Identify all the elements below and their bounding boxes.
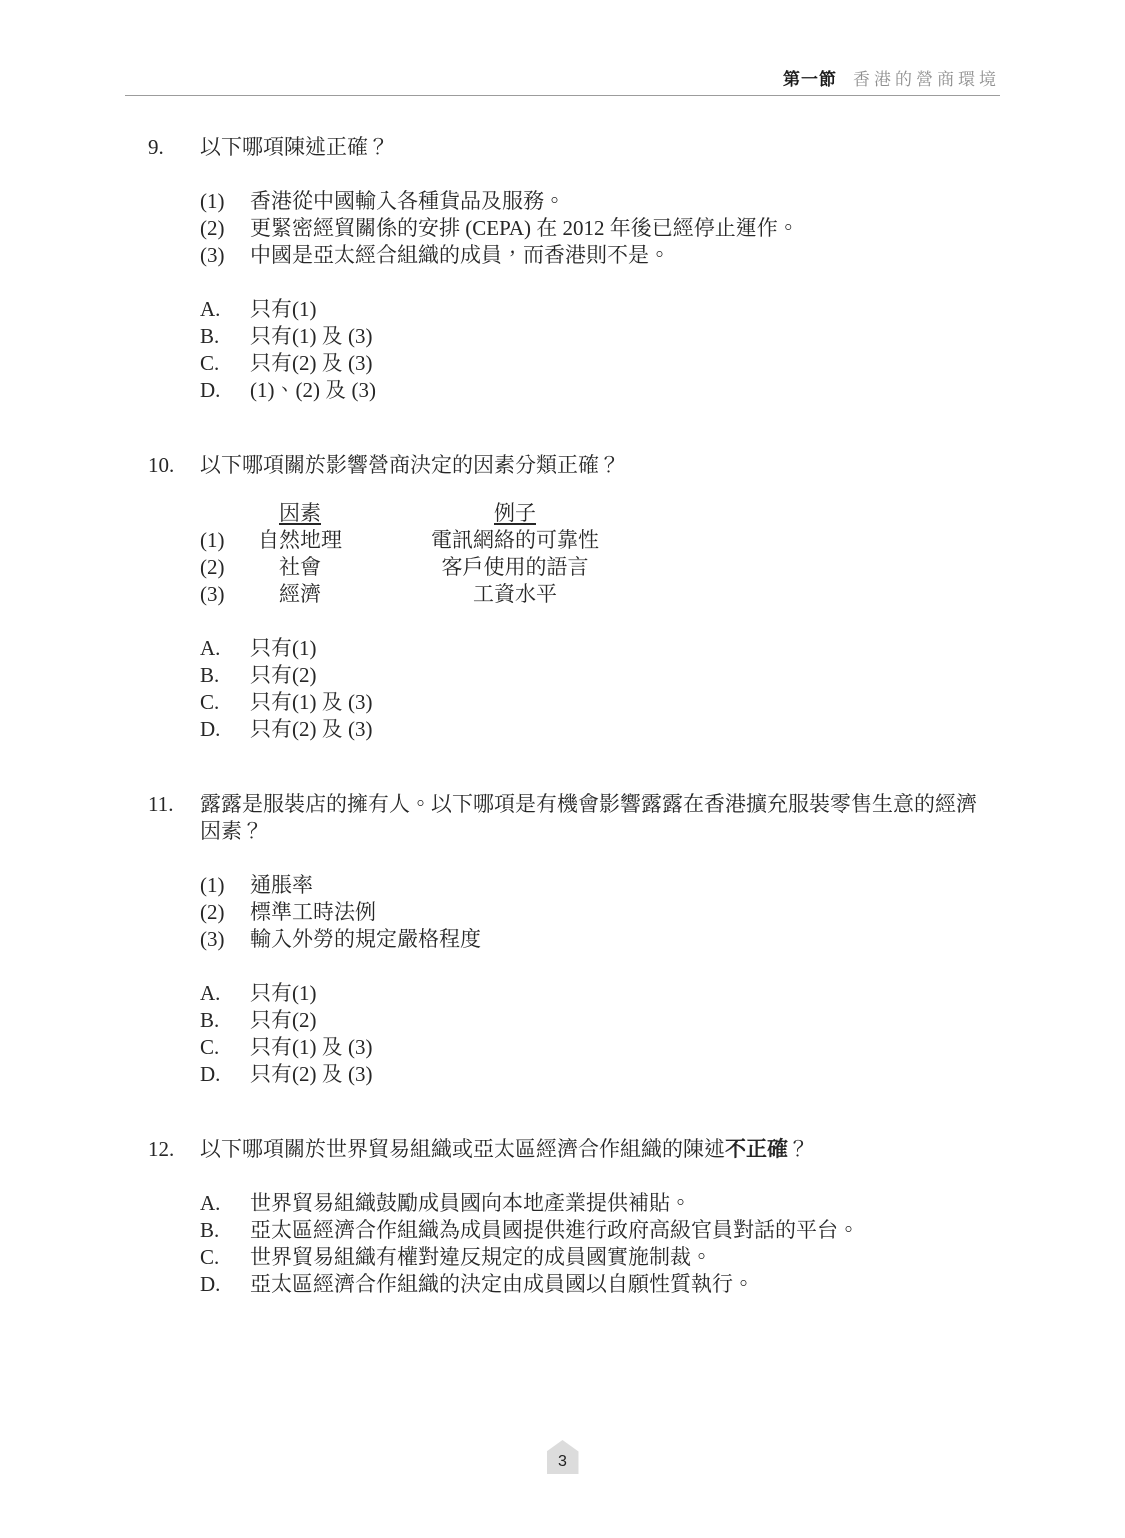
option-letter: B. [200,1217,250,1244]
page-number-badge: 3 [547,1440,579,1474]
option-text: 世界貿易組織有權對違反規定的成員國實施制裁。 [250,1244,712,1271]
option-row: D. 只有(2) 及 (3) [200,1061,1125,1088]
row-label: (3) [200,581,250,608]
option-text: 只有(2) [250,1007,317,1034]
option-letter: D. [200,1271,250,1298]
statement-item: (3) 輸入外勞的規定嚴格程度 [200,926,1125,953]
question-number: 10. [148,452,200,479]
question-text-bold: 不正確 [725,1137,788,1161]
factor-cell: 經濟 [250,581,350,608]
statement-item: (2) 更緊密經貿關係的安排 (CEPA) 在 2012 年後已經停止運作。 [200,215,1125,242]
option-letter: A. [200,1190,250,1217]
statement-item: (3) 中國是亞太經合組織的成員，而香港則不是。 [200,242,1125,269]
option-letter: B. [200,1007,250,1034]
statement-label: (2) [200,215,250,242]
option-row: B. 只有(2) [200,662,1125,689]
option-text: 只有(1) 及 (3) [250,1034,372,1061]
option-letter: C. [200,689,250,716]
question-12: 12. 以下哪項關於世界貿易組織或亞太區經濟合作組織的陳述不正確？ A. 世界貿… [148,1136,1125,1298]
option-row: C. 只有(1) 及 (3) [200,1034,1125,1061]
question-number: 11. [148,791,200,845]
option-row: D. 只有(2) 及 (3) [200,716,1125,743]
question-text: 以下哪項關於世界貿易組織或亞太區經濟合作組織的陳述不正確？ [200,1136,992,1163]
example-cell: 客戶使用的語言 [405,554,625,581]
question-title-row: 12. 以下哪項關於世界貿易組織或亞太區經濟合作組織的陳述不正確？ [148,1136,1125,1163]
statement-text: 標準工時法例 [250,899,376,926]
example-cell: 工資水平 [405,581,625,608]
option-text: 只有(1) [250,980,317,1007]
option-text: 只有(1) [250,296,317,323]
option-letter: C. [200,1244,250,1271]
option-text: 只有(2) 及 (3) [250,350,372,377]
statement-list: (1) 通脹率 (2) 標準工時法例 (3) 輸入外勞的規定嚴格程度 [200,872,1125,953]
statement-label: (2) [200,899,250,926]
table-row: (2) 社會 客戶使用的語言 [200,554,1125,581]
option-letter: D. [200,377,250,404]
option-text: 只有(1) [250,635,317,662]
option-letter: C. [200,350,250,377]
option-row: C. 世界貿易組織有權對違反規定的成員國實施制裁。 [200,1244,1125,1271]
table-row: (3) 經濟 工資水平 [200,581,1125,608]
option-text: 只有(2) 及 (3) [250,1061,372,1088]
option-row: C. 只有(1) 及 (3) [200,689,1125,716]
option-row: B. 只有(2) [200,1007,1125,1034]
statement-label: (3) [200,242,250,269]
statement-text: 更緊密經貿關係的安排 (CEPA) 在 2012 年後已經停止運作。 [250,215,799,242]
option-row: D. (1)、(2) 及 (3) [200,377,1125,404]
statement-text: 香港從中國輸入各種貨品及服務。 [250,188,565,215]
question-9: 9. 以下哪項陳述正確？ (1) 香港從中國輸入各種貨品及服務。 (2) 更緊密… [148,134,1125,404]
section-label: 第一節 [783,70,837,89]
option-row: B. 只有(1) 及 (3) [200,323,1125,350]
option-letter: A. [200,635,250,662]
question-title-row: 11. 露露是服裝店的擁有人。以下哪項是有機會影響露露在香港擴充服裝零售生意的經… [148,791,1125,845]
option-letter: A. [200,296,250,323]
question-number: 12. [148,1136,200,1163]
statement-item: (1) 香港從中國輸入各種貨品及服務。 [200,188,1125,215]
question-text-prefix: 以下哪項關於世界貿易組織或亞太區經濟合作組織的陳述 [200,1137,725,1161]
question-text-suffix: ？ [788,1137,809,1161]
statement-label: (1) [200,188,250,215]
option-row: D. 亞太區經濟合作組織的決定由成員國以自願性質執行。 [200,1271,1125,1298]
page-number: 3 [558,1453,567,1471]
row-label: (2) [200,554,250,581]
table-header-row: 因素 例子 [200,500,1125,527]
option-text: 只有(1) 及 (3) [250,689,372,716]
table-spacer [200,500,250,527]
question-text: 以下哪項陳述正確？ [200,134,992,161]
option-list: A. 只有(1) B. 只有(1) 及 (3) C. 只有(2) 及 (3) D… [200,296,1125,404]
example-cell: 電訊網絡的可靠性 [405,527,625,554]
statement-text: 中國是亞太經合組織的成員，而香港則不是。 [250,242,670,269]
option-letter: B. [200,662,250,689]
column-header-example: 例子 [494,501,536,525]
question-10: 10. 以下哪項關於影響營商決定的因素分類正確？ 因素 例子 (1) 自然地理 … [148,452,1125,743]
option-text: 亞太區經濟合作組織的決定由成員國以自願性質執行。 [250,1271,754,1298]
option-list: A. 只有(1) B. 只有(2) C. 只有(1) 及 (3) D. 只有(2… [200,635,1125,743]
option-text: (1)、(2) 及 (3) [250,377,376,404]
option-text: 只有(1) 及 (3) [250,323,372,350]
table-row: (1) 自然地理 電訊網絡的可靠性 [200,527,1125,554]
statement-item: (2) 標準工時法例 [200,899,1125,926]
question-text: 露露是服裝店的擁有人。以下哪項是有機會影響露露在香港擴充服裝零售生意的經濟因素？ [200,791,992,845]
page-header: 第一節香港的營商環境 [125,0,1000,96]
option-list: A. 只有(1) B. 只有(2) C. 只有(1) 及 (3) D. 只有(2… [200,980,1125,1088]
option-letter: D. [200,1061,250,1088]
statement-label: (1) [200,872,250,899]
question-title-row: 9. 以下哪項陳述正確？ [148,134,1125,161]
column-header-factor: 因素 [279,501,321,525]
option-letter: C. [200,1034,250,1061]
factor-example-table: 因素 例子 (1) 自然地理 電訊網絡的可靠性 (2) 社會 客戶使用的語言 (… [200,500,1125,608]
option-text: 世界貿易組織鼓勵成員國向本地產業提供補貼。 [250,1190,691,1217]
option-row: C. 只有(2) 及 (3) [200,350,1125,377]
option-text: 只有(2) [250,662,317,689]
option-row: A. 只有(1) [200,296,1125,323]
option-row: B. 亞太區經濟合作組織為成員國提供進行政府高級官員對話的平台。 [200,1217,1125,1244]
option-letter: D. [200,716,250,743]
option-text: 只有(2) 及 (3) [250,716,372,743]
question-11: 11. 露露是服裝店的擁有人。以下哪項是有機會影響露露在香港擴充服裝零售生意的經… [148,791,1125,1088]
row-label: (1) [200,527,250,554]
question-number: 9. [148,134,200,161]
factor-cell: 自然地理 [250,527,350,554]
statement-text: 輸入外勞的規定嚴格程度 [250,926,481,953]
option-row: A. 只有(1) [200,980,1125,1007]
option-row: A. 只有(1) [200,635,1125,662]
option-list: A. 世界貿易組織鼓勵成員國向本地產業提供補貼。 B. 亞太區經濟合作組織為成員… [200,1190,1125,1298]
option-row: A. 世界貿易組織鼓勵成員國向本地產業提供補貼。 [200,1190,1125,1217]
factor-cell: 社會 [250,554,350,581]
section-title: 香港的營商環境 [853,70,1000,89]
option-letter: A. [200,980,250,1007]
statement-label: (3) [200,926,250,953]
statement-text: 通脹率 [250,872,313,899]
option-text: 亞太區經濟合作組織為成員國提供進行政府高級官員對話的平台。 [250,1217,859,1244]
questions-area: 9. 以下哪項陳述正確？ (1) 香港從中國輸入各種貨品及服務。 (2) 更緊密… [0,134,1125,1298]
question-title-row: 10. 以下哪項關於影響營商決定的因素分類正確？ [148,452,1125,479]
question-text: 以下哪項關於影響營商決定的因素分類正確？ [200,452,992,479]
statement-list: (1) 香港從中國輸入各種貨品及服務。 (2) 更緊密經貿關係的安排 (CEPA… [200,188,1125,269]
statement-item: (1) 通脹率 [200,872,1125,899]
option-letter: B. [200,323,250,350]
